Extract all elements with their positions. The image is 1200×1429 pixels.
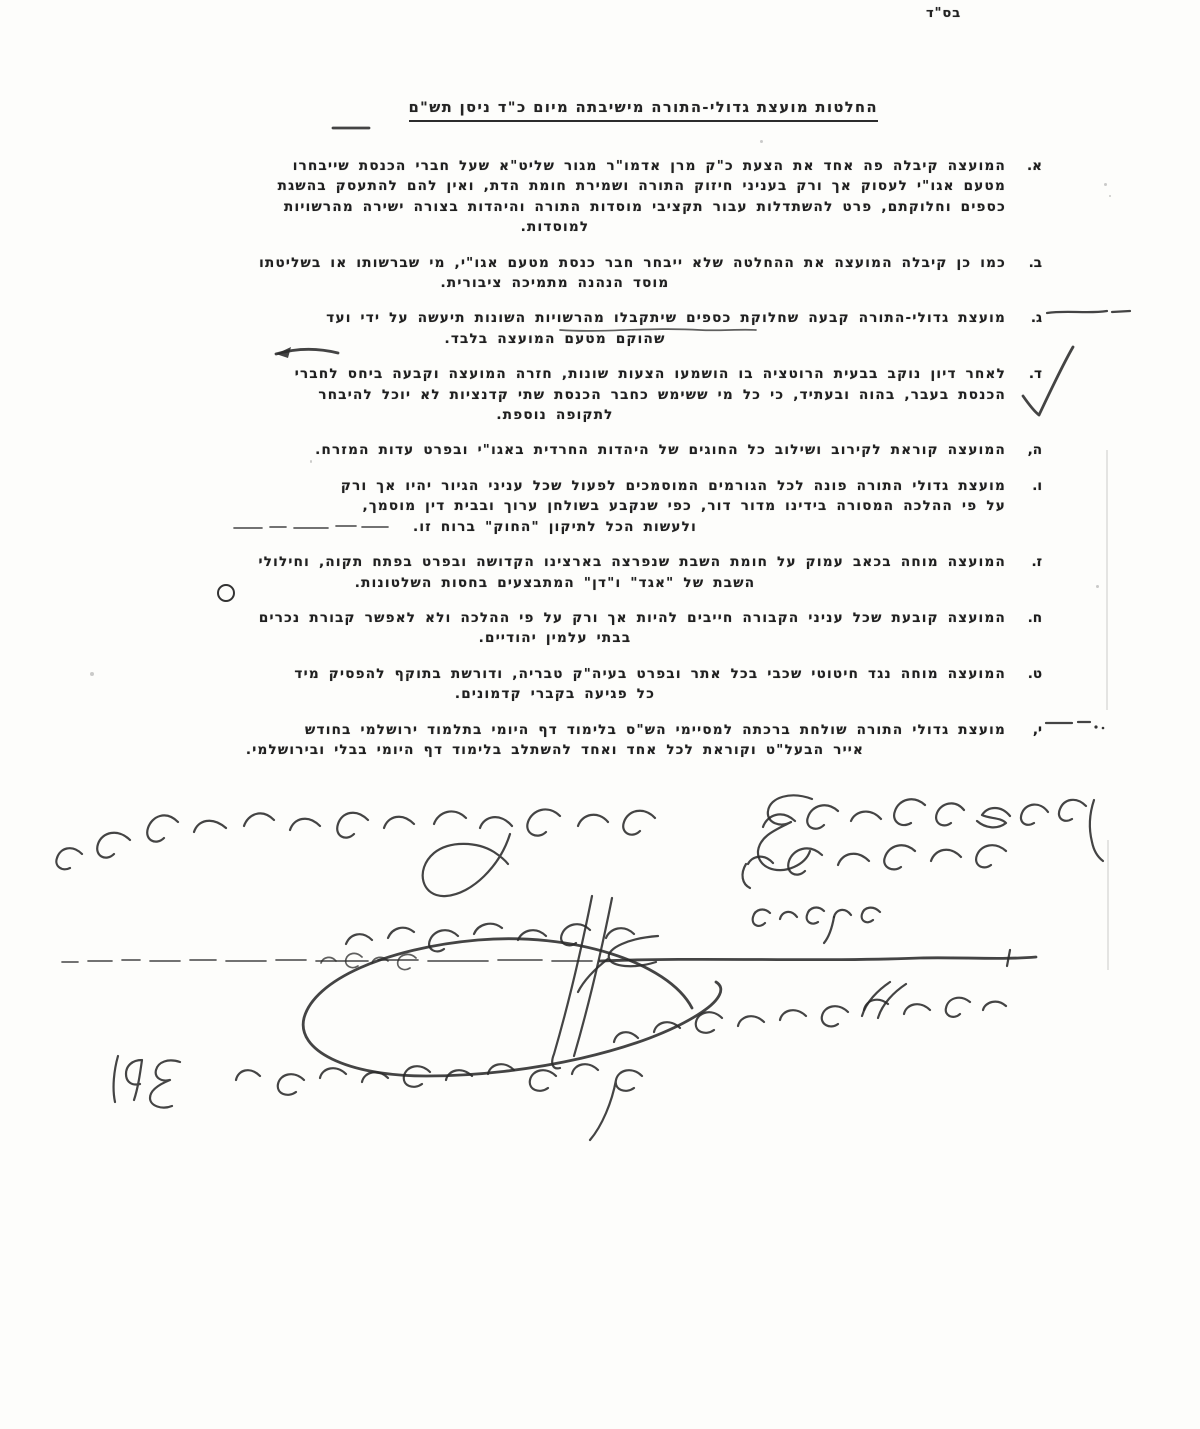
clause-letter: ד.	[1029, 364, 1042, 384]
scan-speck	[1104, 183, 1107, 186]
clause-line: על פי ההלכה המסורה בידינו מדור דור, כפי …	[104, 496, 1006, 516]
signature-middle	[321, 924, 634, 970]
clause-line: מועצת גדולי-התורה קבעה שחלוקת כספים שיתק…	[104, 308, 1006, 328]
clause-gimel: ג. מועצת גדולי-התורה קבעה שחלוקת כספים ש…	[104, 308, 1042, 349]
clause-line: מועצת גדולי התורה שולחת ברכתה למסיימי הש…	[104, 720, 1006, 740]
clause-line: כספים וחלוקתם, פרט להשתדלות עבור תקציבי …	[104, 197, 1006, 217]
rule-chevron	[578, 936, 658, 992]
signature-stroke	[303, 939, 721, 1076]
rule-dashes	[62, 960, 592, 962]
signature-stroke	[1090, 800, 1103, 861]
clause-he: ה, המועצה קוראת לקירוב ושילוב כל החוגים …	[104, 440, 1042, 460]
clause-line: כמו כן קיבלה המועצה את ההחלטה שלא ייבחר …	[104, 253, 1006, 273]
signature-stroke	[434, 809, 655, 835]
signature-stroke	[758, 795, 812, 870]
clause-line: ולעשות הכל לתיקון "החוק" ברוח זו.	[104, 517, 1006, 537]
margin-dash-gimel	[1047, 311, 1130, 313]
signature-stroke	[346, 924, 634, 952]
document-title: החלטות מועצת גדולי-התורה מישיבתה מיום כ"…	[409, 100, 878, 122]
signature-stroke	[824, 917, 834, 943]
signature-stroke	[614, 998, 1006, 1042]
clause-letter: ג.	[1031, 308, 1042, 328]
rule-cross	[1007, 950, 1010, 966]
signature-stroke	[114, 1056, 180, 1108]
clause-het: ח. המועצה קובעת שכל עניני הקבורה חייבים …	[104, 608, 1042, 649]
clause-line: השבת של "אגד" ו"דן" המתבצעים בחסות השלטו…	[104, 573, 1006, 593]
clause-line: המועצה מוחה נגד חיטוטי שכבי בכל אתר ובפר…	[104, 664, 1006, 684]
clause-aleph: א. המועצה קיבלה פה אחד את הצעת כ"ק מרן א…	[104, 156, 1042, 238]
signature-stroke	[743, 864, 750, 888]
clause-tet: ט. המועצה מוחה נגד חיטוטי שכבי בכל אתר ו…	[104, 664, 1042, 705]
clause-line: מוסד הנהנה מתמיכה ציבורית.	[104, 273, 1006, 293]
clause-letter: ו.	[1032, 476, 1042, 496]
signature-stroke	[763, 799, 1086, 828]
signature-stroke	[236, 1064, 642, 1140]
signature-stroke	[748, 845, 1006, 874]
clause-line: כל פגיעה בקברי קדמונים.	[104, 684, 1006, 704]
clause-letter: ב.	[1029, 253, 1042, 273]
header-note: בס"ד	[926, 6, 961, 21]
clause-letter: ח.	[1028, 608, 1042, 628]
clause-yod: י, מועצת גדולי התורה שולחת ברכתה למסיימי…	[104, 720, 1042, 761]
signature-stroke	[552, 896, 592, 1068]
scan-speck	[1096, 585, 1099, 588]
clause-zayin: ז. המועצה מוחה בכאב עמוק על חומת השבת שנ…	[104, 552, 1042, 593]
clause-line: הכנסת בעבר, בהוה ובעתיד, כי כל מי ששימש …	[104, 385, 1006, 405]
clause-line: מטעם אגו"י לעסוק אך ורק בעניני חיזוק התו…	[104, 176, 1006, 196]
margin-dash-yod	[1046, 722, 1090, 723]
clause-line: לאחר דיון נוקב בבעית הרוטציה בו הושמעו ה…	[104, 364, 1006, 384]
clause-dalet: ד. לאחר דיון נוקב בבעית הרוטציה בו הושמע…	[104, 364, 1042, 425]
pen-dot	[1094, 725, 1097, 728]
scan-streak	[1107, 840, 1109, 970]
clause-line: למוסדות.	[104, 217, 1006, 237]
signature-stroke	[147, 813, 414, 842]
scan-speck	[760, 140, 763, 143]
clause-line: שהוקם מטעם המועצה בלבד.	[104, 329, 1006, 349]
clause-letter: ט.	[1028, 664, 1042, 684]
signature-stroke	[574, 898, 612, 1056]
clause-line: המועצה קוראת לקירוב ושילוב כל החוגים של …	[104, 440, 1006, 460]
clause-bet: ב. כמו כן קיבלה המועצה את ההחלטה שלא ייב…	[104, 253, 1042, 294]
clause-line: לתקופה נוספת.	[104, 405, 1006, 425]
clause-line: המועצה קיבלה פה אחד את הצעת כ"ק מרן אדמו…	[104, 156, 1006, 176]
scan-speck	[1109, 195, 1111, 197]
signature-bottom-left	[114, 1056, 642, 1140]
scan-speck	[310, 460, 312, 463]
clause-line: מועצת גדולי התורה פונה לכל הגורמים המוסמ…	[104, 476, 1006, 496]
signature-stroke	[321, 953, 416, 969]
clause-letter: א.	[1027, 156, 1042, 176]
scanned-document-page: בס"ד החלטות מועצת גדולי-התורה מישיבתה מי…	[0, 0, 1200, 1429]
scan-speck	[90, 672, 94, 676]
pen-dot	[1102, 727, 1105, 730]
clause-letter: י,	[1033, 720, 1042, 740]
signature-stroke	[753, 908, 880, 926]
signature-right-top	[743, 795, 1103, 888]
clause-vav: ו. מועצת גדולי התורה פונה לכל הגורמים המ…	[104, 476, 1042, 537]
signature-stroke	[423, 834, 510, 896]
signature-right-bottom	[614, 982, 1006, 1042]
handwritten-rule	[62, 936, 1036, 992]
clauses-list: א. המועצה קיבלה פה אחד את הצעת כ"ק מרן א…	[104, 156, 1042, 775]
clause-line: בבתי עלמין יהודיים.	[104, 628, 1006, 648]
clause-line: המועצה קובעת שכל עניני הקבורה חייבים להי…	[104, 608, 1006, 628]
clause-letter: ה,	[1028, 440, 1042, 460]
signature-oval-flourish	[303, 896, 721, 1076]
signature-stroke	[862, 982, 906, 1018]
clause-line: אייר הבעל"ט וקוראת לכל אחד ואחד להשתלב ב…	[104, 740, 1006, 760]
signature-left-top	[56, 809, 655, 896]
clause-letter: ז.	[1031, 552, 1042, 572]
scan-streak	[1106, 450, 1108, 710]
signature-stroke	[56, 833, 130, 870]
clause-line: המועצה מוחה בכאב עמוק על חומת השבת שנפרצ…	[104, 552, 1006, 572]
rule-line	[600, 957, 1036, 961]
signature-small-word	[753, 908, 880, 943]
